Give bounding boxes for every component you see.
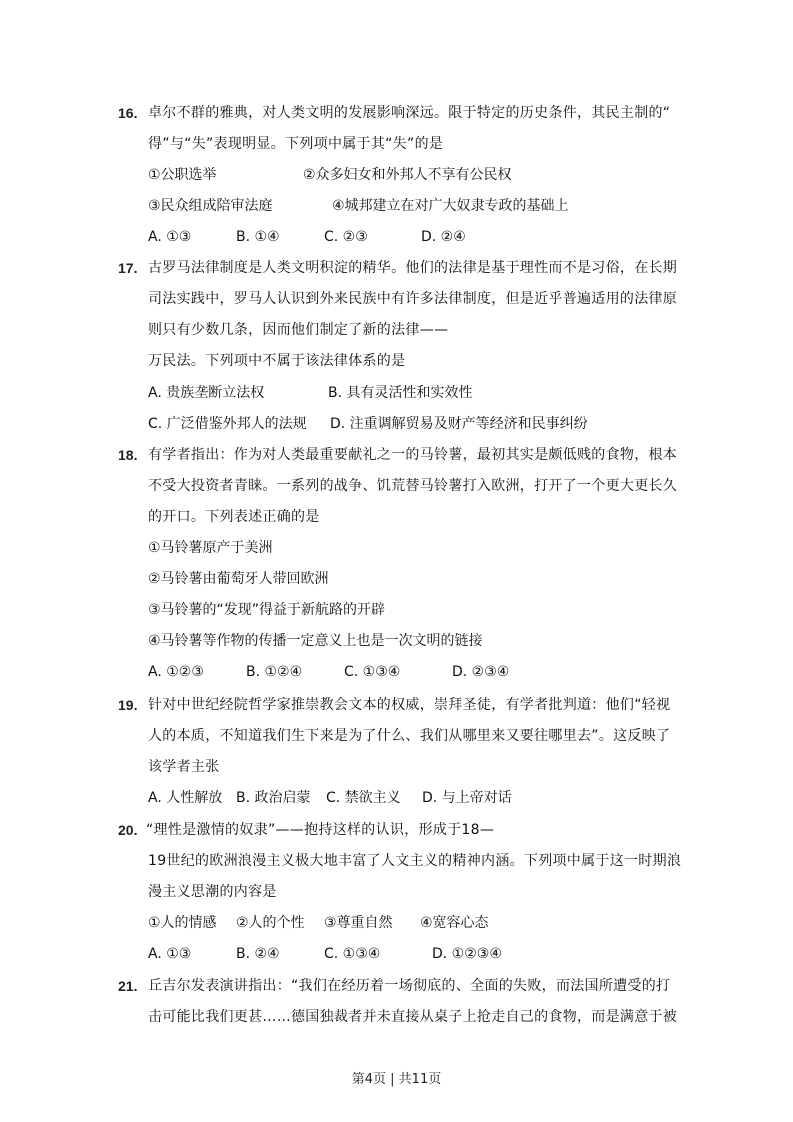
choice-c: C. 禁欲主义 xyxy=(326,789,401,807)
question-text: 人的本质，不知道我们生下来是为了什么、我们从哪里来又要往哪里去”。这反映了 xyxy=(148,727,670,745)
question-number: 18. xyxy=(118,446,137,464)
question-text: 有学者指出：作为对人类最重要献礼之一的马铃薯，最初其实是颇低贱的食物，根本 xyxy=(148,446,677,464)
question-number: 19. xyxy=(118,696,137,714)
choice-c: C. ②③ xyxy=(324,228,368,246)
choice-c: C. ①③④ xyxy=(344,663,400,681)
choice-a: A. ①③ xyxy=(148,228,191,246)
statement-item: ④城邦建立在对广大奴隶专政的基础上 xyxy=(332,197,569,215)
choice-a: A. ①③ xyxy=(148,945,191,963)
question-text: 司法实践中，罗马人认识到外来民族中有许多法律制度，但是近乎普遍适用的法律原 xyxy=(148,290,677,308)
choice-b: B. 具有灵活性和实效性 xyxy=(328,384,473,402)
choice-b: B. 政治启蒙 xyxy=(236,789,311,807)
choice-d: D. 注重调解贸易及财产等经济和民事纠纷 xyxy=(330,415,588,433)
question-text: 不受大投资者青睐。一系列的战争、饥荒替马铃薯打入欧洲，打开了一个更大更长久 xyxy=(148,477,677,495)
statement-item: ④宽容心态 xyxy=(420,914,489,932)
question-text: 漫主义思潮的内容是 xyxy=(148,883,277,901)
choice-a: A. 贵族垄断立法权 xyxy=(148,384,264,402)
question-text: 古罗马法律制度是人类文明积淀的精华。他们的法律是基于理性而不是习俗，在长期 xyxy=(148,259,677,277)
statement-item: ④马铃薯等作物的传播一定意义上也是一次文明的链接 xyxy=(148,632,483,650)
choice-b: B. ①④ xyxy=(236,228,280,246)
statement-item: ②马铃薯由葡萄牙人带回欧洲 xyxy=(148,570,329,588)
choice-d: D. ②④ xyxy=(421,228,466,246)
statement-item: ①马铃薯原产于美洲 xyxy=(148,539,273,557)
choice-d: D. ②③④ xyxy=(452,663,509,681)
question-text: 则只有少数几条，因而他们制定了新的法律—— xyxy=(148,321,448,339)
question-text: 该学者主张 xyxy=(148,758,220,776)
question-text: 针对中世纪经院哲学家推崇教会文本的权威，崇拜圣徒，有学者批判道：他们“轻视 xyxy=(148,696,670,714)
statement-item: ①人的情感 xyxy=(148,914,217,932)
question-text: 万民法。下列项中不属于该法律体系的是 xyxy=(148,352,405,370)
statement-item: ③民众组成陪审法庭 xyxy=(148,197,273,215)
question-text: 卓尔不群的雅典，对人类文明的发展影响深远。限于特定的历史条件，其民主制的“ xyxy=(148,104,670,122)
question-text: 的开口。下列表述正确的是 xyxy=(148,508,320,526)
question-text: 得”与“失”表现明显。下列项中属于其“失”的是 xyxy=(148,135,443,153)
choice-d: D. ①②③④ xyxy=(432,945,502,963)
question-text: 击可能比我们更甚……德国独裁者并未直接从桌子上抢走自己的食物，而是满意于被 xyxy=(148,1008,677,1026)
choice-d: D. 与上帝对话 xyxy=(422,789,512,807)
choice-c: C. 广泛借鉴外邦人的法规 xyxy=(148,415,307,433)
choice-a: A. 人性解放 xyxy=(148,789,222,807)
question-text: “理性是激情的奴隶”——抱持这样的认识，形成于18— xyxy=(146,821,494,839)
statement-item: ①公职选举 xyxy=(148,166,217,184)
question-number: 16. xyxy=(118,104,137,122)
choice-b: B. ②④ xyxy=(236,945,280,963)
exam-page: 16. 卓尔不群的雅典，对人类文明的发展影响深远。限于特定的历史条件，其民主制的… xyxy=(0,0,793,1122)
question-number: 17. xyxy=(118,259,137,277)
page-footer: 第4页 | 共11页 xyxy=(0,1068,793,1087)
question-number: 20. xyxy=(118,821,137,839)
statement-item: ②众多妇女和外邦人不享有公民权 xyxy=(303,166,512,184)
question-number: 21. xyxy=(118,977,137,995)
statement-item: ③马铃薯的“发现”得益于新航路的开辟 xyxy=(148,601,385,619)
choice-c: C. ①③④ xyxy=(324,945,380,963)
statement-item: ②人的个性 xyxy=(236,914,305,932)
question-text: 19世纪的欧洲浪漫主义极大地丰富了人文主义的精神内涵。下列项中属于这一时期浪 xyxy=(148,852,681,870)
statement-item: ③尊重自然 xyxy=(324,914,393,932)
question-text: 丘吉尔发表演讲指出：“我们在经历着一场彻底的、全面的失败，而法国所遭受的打 xyxy=(148,977,670,995)
choice-a: A. ①②③ xyxy=(148,663,204,681)
choice-b: B. ①②④ xyxy=(246,663,302,681)
